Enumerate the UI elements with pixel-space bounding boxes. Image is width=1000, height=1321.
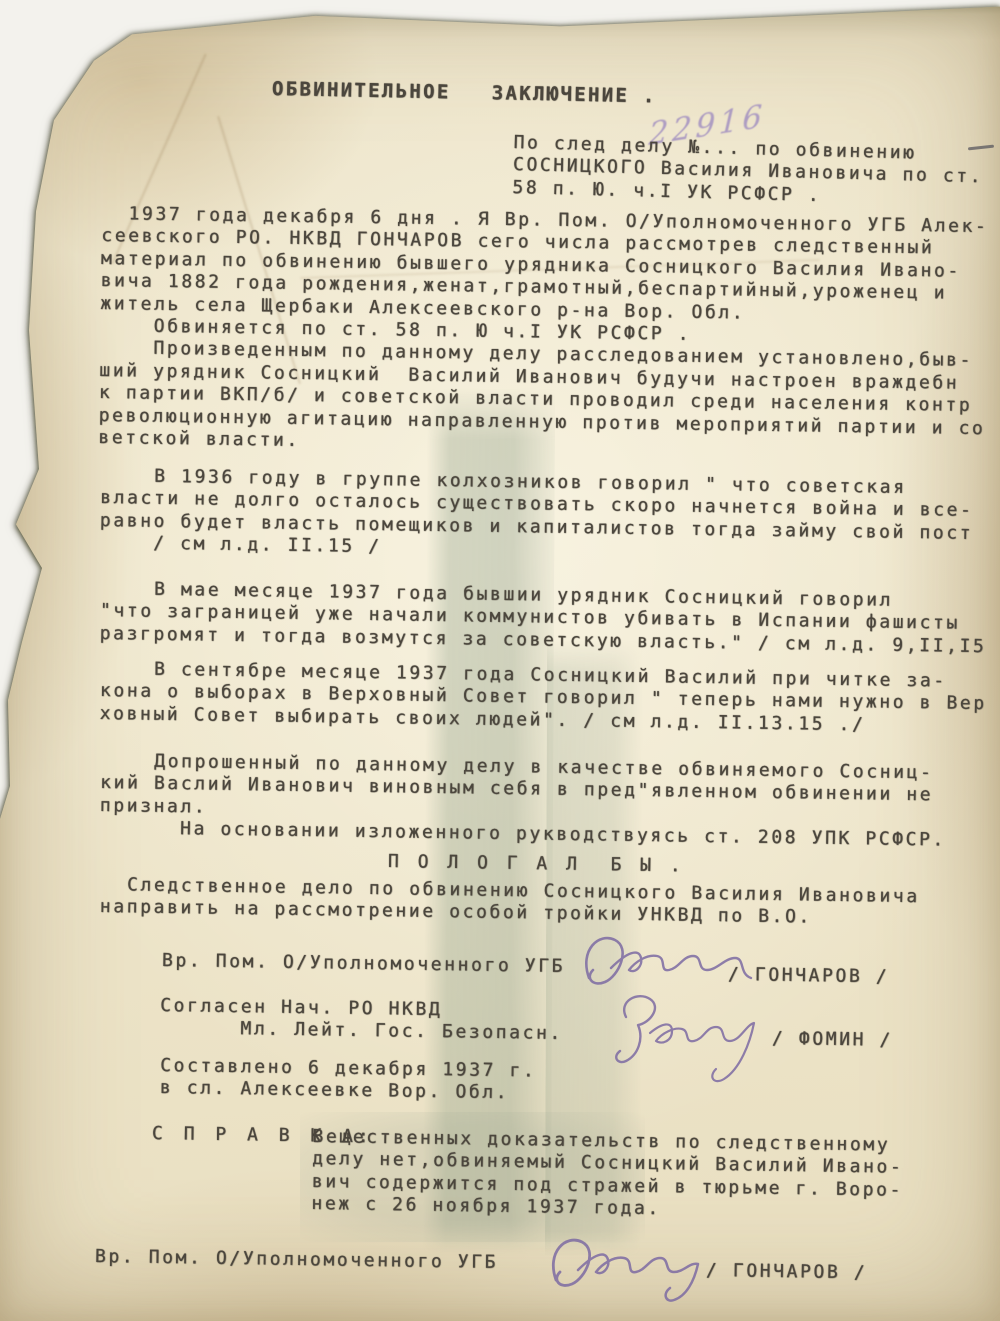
- signature-fomin: [598, 983, 778, 1091]
- case-reference: По след делу №... по обвинению СОСНИЦКОГ…: [512, 132, 984, 212]
- footer-title-goncharov: Вр. Пом. О/Уполномоченного УГБ: [95, 1246, 498, 1274]
- paragraph-interrogation: Допрошенный по данному делу в качестве о…: [99, 750, 947, 852]
- resolution-heading: П О Л О Г А Л Б Ы .: [388, 851, 685, 878]
- paragraph-1936: В 1936 году в группе колхозников говорил…: [99, 465, 974, 568]
- document-title: ОБВИНИТЕЛЬНОЕ ЗАКЛЮЧЕНИЕ .: [272, 78, 657, 108]
- document-content: ОБВИНИТЕЛЬНОЕ ЗАКЛЮЧЕНИЕ . 22916 По след…: [0, 0, 1000, 1321]
- paragraph-intro: 1937 года декабря 6 дня . Я Вр. Пом. О/У…: [98, 203, 988, 463]
- paragraph-may-1937: В мае месяце 1937 года бывшии урядник Со…: [100, 578, 988, 658]
- composed-block: Составлено 6 декабря 1937 г. в сл. Алекс…: [160, 1055, 537, 1105]
- signature-goncharov-bottom: [540, 1226, 735, 1311]
- signature-title-goncharov: Вр. Пом. О/Уполномоченного УГБ: [162, 950, 565, 978]
- photo-frame: ОБВИНИТЕЛЬНОЕ ЗАКЛЮЧЕНИЕ . 22916 По след…: [0, 0, 1000, 1321]
- signature-name-fomin: / ФОМИН /: [772, 1028, 893, 1052]
- paragraph-resolution: Следственное дело по обвинению Сосницког…: [100, 874, 920, 931]
- spravka-text: Вещественных доказательств по следственн…: [311, 1126, 903, 1224]
- paragraph-september-1937: В сентябре месяце 1937 года Сосницкий Ва…: [100, 658, 988, 738]
- agreement-block: Согласен Нач. РО НКВД Мл. Лейт. Гос. Без…: [160, 995, 564, 1046]
- document-paper: ОБВИНИТЕЛЬНОЕ ЗАКЛЮЧЕНИЕ . 22916 По след…: [0, 0, 1000, 1321]
